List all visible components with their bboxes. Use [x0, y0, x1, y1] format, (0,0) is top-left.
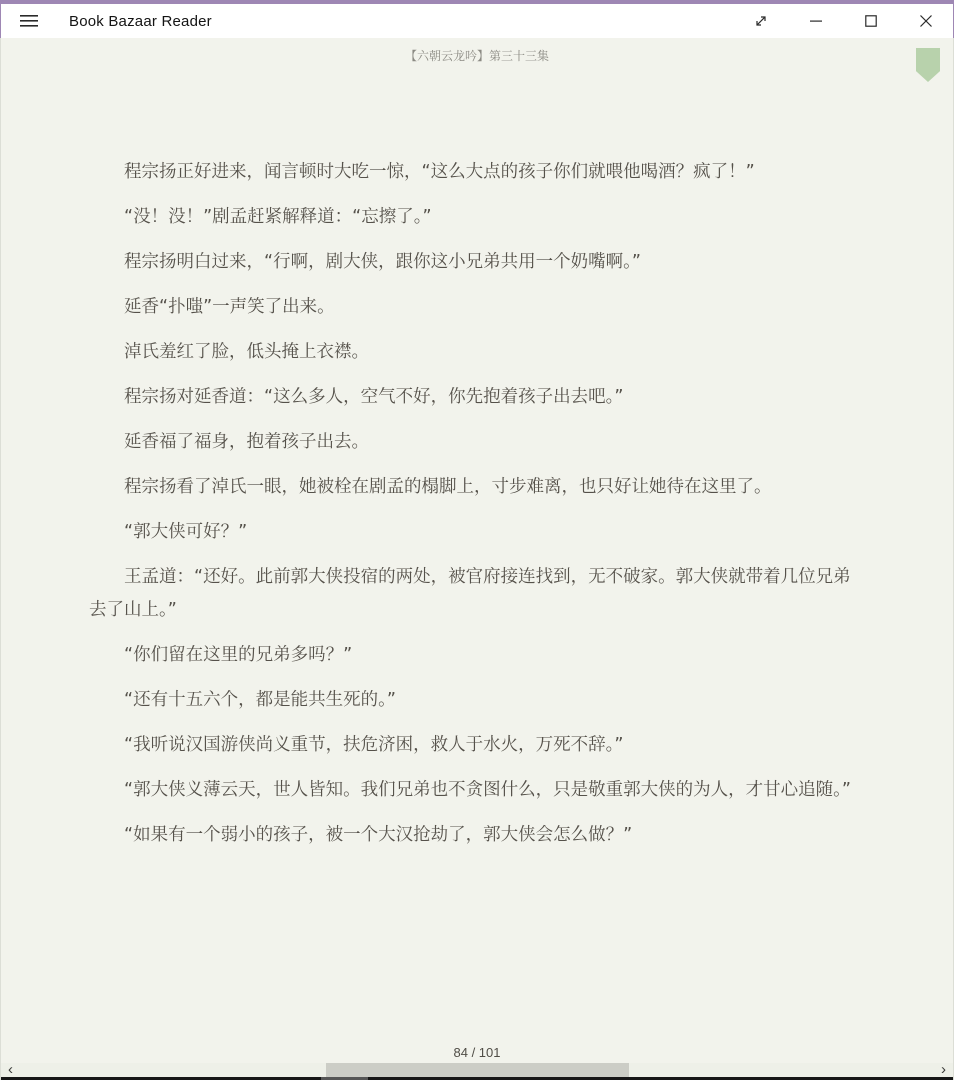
- scroll-right-arrow-icon[interactable]: ›: [941, 1063, 946, 1077]
- reading-area: 程宗扬正好进来，闻言顿时大吃一惊，“这么大点的孩子你们就喂他喝酒？疯了！”“没！…: [89, 156, 865, 852]
- paragraph: 程宗扬看了淖氏一眼，她被栓在剧孟的榻脚上，寸步难离，也只好让她待在这里了。: [89, 471, 865, 504]
- paragraph: “我听说汉国游侠尚义重节，扶危济困，救人于水火，万死不辞。”: [89, 729, 865, 762]
- paragraph: “郭大侠可好？”: [89, 516, 865, 549]
- paragraph: 程宗扬明白过来，“行啊，剧大侠，跟你这小兄弟共用一个奶嘴啊。”: [89, 246, 865, 279]
- paragraph: 延香福了福身，抱着孩子出去。: [89, 426, 865, 459]
- paragraph: 程宗扬对延香道：“这么多人，空气不好，你先抱着孩子出去吧。”: [89, 381, 865, 414]
- reader-content: 【六朝云龙吟】第三十三集 程宗扬正好进来，闻言顿时大吃一惊，“这么大点的孩子你们…: [0, 38, 954, 1080]
- paragraph: “没！没！”剧孟赶紧解释道：“忘擦了。”: [89, 201, 865, 234]
- hamburger-icon: [20, 14, 38, 28]
- paragraph: “你们留在这里的兄弟多吗？”: [89, 639, 865, 672]
- scrollbar-thumb[interactable]: [326, 1063, 629, 1077]
- minimize-icon: [810, 15, 822, 27]
- paragraph: “如果有一个弱小的孩子，被一个大汉抢劫了，郭大侠会怎么做？”: [89, 819, 865, 852]
- horizontal-scrollbar[interactable]: ‹ ›: [1, 1063, 953, 1077]
- maximize-icon: [865, 15, 877, 27]
- diagonal-resize-arrow-icon: [754, 14, 768, 28]
- paragraph: “郭大侠义薄云天，世人皆知。我们兄弟也不贪图什么，只是敬重郭大侠的为人，才甘心追…: [89, 774, 865, 807]
- titlebar: Book Bazaar Reader: [0, 4, 954, 38]
- window-controls: [733, 4, 953, 38]
- paragraph: 淖氏羞红了脸，低头掩上衣襟。: [89, 336, 865, 369]
- scroll-left-arrow-icon[interactable]: ‹: [8, 1063, 13, 1077]
- paragraph: 程宗扬正好进来，闻言顿时大吃一惊，“这么大点的孩子你们就喂他喝酒？疯了！”: [89, 156, 865, 189]
- fullscreen-button[interactable]: [733, 4, 788, 38]
- maximize-button[interactable]: [843, 4, 898, 38]
- minimize-button[interactable]: [788, 4, 843, 38]
- close-button[interactable]: [898, 4, 953, 38]
- page-indicator: 84 / 101: [1, 1045, 953, 1060]
- paragraph: “还有十五六个，都是能共生死的。”: [89, 684, 865, 717]
- menu-button[interactable]: [1, 4, 57, 38]
- app-window: Book Bazaar Reader: [0, 0, 954, 1080]
- paragraph: 延香“扑嗤”一声笑了出来。: [89, 291, 865, 324]
- bookmark-icon[interactable]: [916, 48, 940, 82]
- chapter-header: 【六朝云龙吟】第三十三集: [1, 38, 953, 64]
- paragraph: 王孟道：“还好。此前郭大侠投宿的两处，被官府接连找到，无不破家。郭大侠就带着几位…: [89, 561, 865, 627]
- app-title: Book Bazaar Reader: [69, 13, 212, 30]
- close-icon: [920, 15, 932, 27]
